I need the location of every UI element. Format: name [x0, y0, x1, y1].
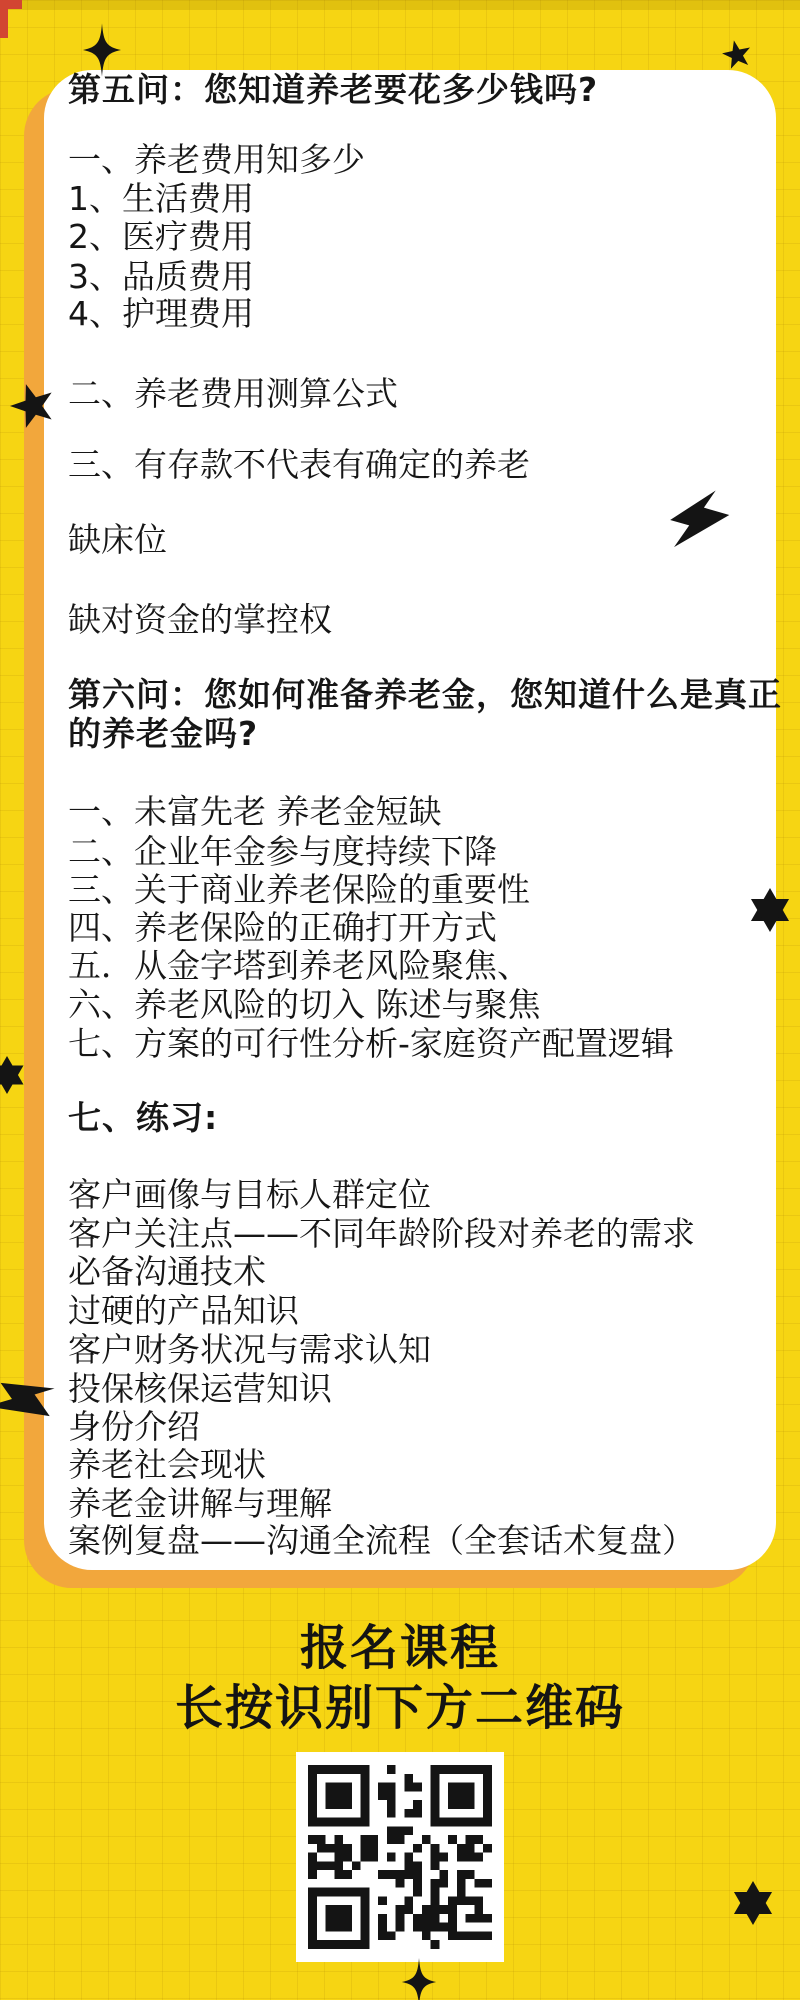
list-item: 客户关注点——不同年龄阶段对养老的需求	[68, 1214, 695, 1254]
list-item: 案例复盘——沟通全流程（全套话术复盘）	[68, 1521, 695, 1561]
star-icon	[0, 1056, 26, 1094]
list-item: 缺对资金的掌控权	[68, 600, 332, 640]
list-item: 三、关于商业养老保险的重要性	[68, 870, 530, 910]
star-icon	[731, 1881, 775, 1925]
list-item: 一、养老费用知多少	[68, 140, 365, 180]
practice-heading: 七、练习:	[68, 1098, 218, 1138]
list-item: 3、品质费用	[68, 257, 254, 297]
section-five-heading: 第五问：您知道养老要花多少钱吗?	[68, 70, 598, 110]
poster-background: 第五问：您知道养老要花多少钱吗? 一、养老费用知多少 1、生活费用 2、医疗费用…	[0, 0, 800, 2000]
red-corner-accent	[0, 0, 22, 9]
qr-code[interactable]	[296, 1752, 504, 1962]
sparkle-icon	[83, 22, 121, 78]
list-item: 客户财务状况与需求认知	[68, 1330, 431, 1370]
list-item: 投保核保运营知识	[68, 1369, 332, 1409]
list-item: 过硬的产品知识	[68, 1291, 299, 1331]
cta-instruction: 长按识别下方二维码	[0, 1679, 800, 1737]
list-item: 一、未富先老 养老金短缺	[68, 792, 442, 832]
list-item: 二、养老费用测算公式	[68, 374, 398, 414]
list-item: 必备沟通技术	[68, 1252, 266, 1292]
list-item: 七、方案的可行性分析-家庭资产配置逻辑	[68, 1024, 674, 1064]
list-item: 五．从金字塔到养老风险聚焦、	[68, 946, 530, 986]
list-item: 4、护理费用	[68, 294, 254, 334]
list-item: 六、养老风险的切入 陈述与聚焦	[68, 985, 541, 1025]
sparkle-icon	[401, 1958, 437, 2000]
star-icon	[748, 888, 792, 932]
top-edge-band	[0, 0, 800, 10]
list-item: 二、企业年金参与度持续下降	[68, 832, 497, 872]
section-six-heading-line1: 第六问：您如何准备养老金，您知道什么是真正	[68, 675, 782, 715]
list-item: 养老金讲解与理解	[68, 1484, 332, 1524]
list-item: 养老社会现状	[68, 1445, 266, 1485]
list-item: 客户画像与目标人群定位	[68, 1175, 431, 1215]
list-item: 2、医疗费用	[68, 217, 254, 257]
star-icon	[719, 37, 755, 73]
section-six-heading-line2: 的养老金吗?	[68, 714, 258, 754]
list-item: 身份介绍	[68, 1407, 200, 1447]
list-item: 1、生活费用	[68, 179, 254, 219]
list-item: 三、有存款不代表有确定的养老	[68, 445, 530, 485]
list-item: 缺床位	[68, 520, 167, 560]
list-item: 四、养老保险的正确打开方式	[68, 908, 497, 948]
cta-title: 报名课程	[0, 1619, 800, 1677]
